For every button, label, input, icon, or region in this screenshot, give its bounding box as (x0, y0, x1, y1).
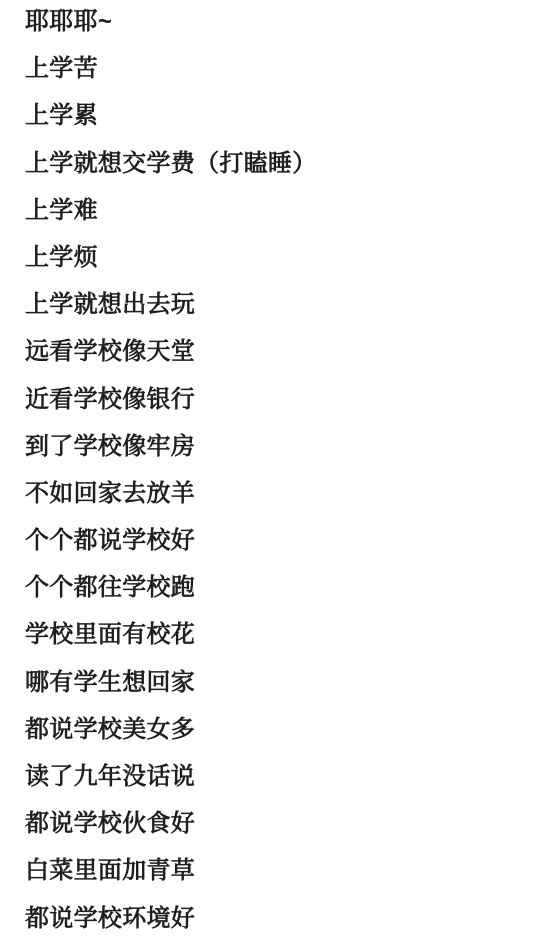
lyric-line: 学校里面有校花 (25, 611, 540, 658)
lyric-line: 不如回家去放羊 (25, 470, 540, 517)
lyric-line: 到了学校像牢房 (25, 423, 540, 470)
lyric-line: 哪有学生想回家 (25, 659, 540, 706)
lyric-line: 个个都说学校好 (25, 517, 540, 564)
lyric-line: 都说学校伙食好 (25, 800, 540, 847)
lyric-line: 个个都往学校跑 (25, 564, 540, 611)
lyric-line: 上学就想出去玩 (25, 281, 540, 328)
lyric-line: 上学累 (25, 92, 540, 139)
lyrics-page: 耶耶耶~上学苦上学累上学就想交学费（打瞌睡）上学难上学烦上学就想出去玩远看学校像… (0, 0, 540, 936)
lyrics-list: 耶耶耶~上学苦上学累上学就想交学费（打瞌睡）上学难上学烦上学就想出去玩远看学校像… (0, 0, 540, 938)
lyric-line: 上学难 (25, 187, 540, 234)
lyric-line: 都说学校美女多 (25, 706, 540, 753)
lyric-line: 白菜里面加青草 (25, 847, 540, 894)
lyric-line: 都说学校环境好 (25, 895, 540, 938)
lyric-line: 耶耶耶~ (25, 0, 540, 45)
lyric-line: 上学苦 (25, 45, 540, 92)
lyric-line: 上学烦 (25, 234, 540, 281)
lyric-line: 读了九年没话说 (25, 753, 540, 800)
lyric-line: 近看学校像银行 (25, 376, 540, 423)
lyric-line: 远看学校像天堂 (25, 328, 540, 375)
lyric-line: 上学就想交学费（打瞌睡） (25, 140, 540, 187)
